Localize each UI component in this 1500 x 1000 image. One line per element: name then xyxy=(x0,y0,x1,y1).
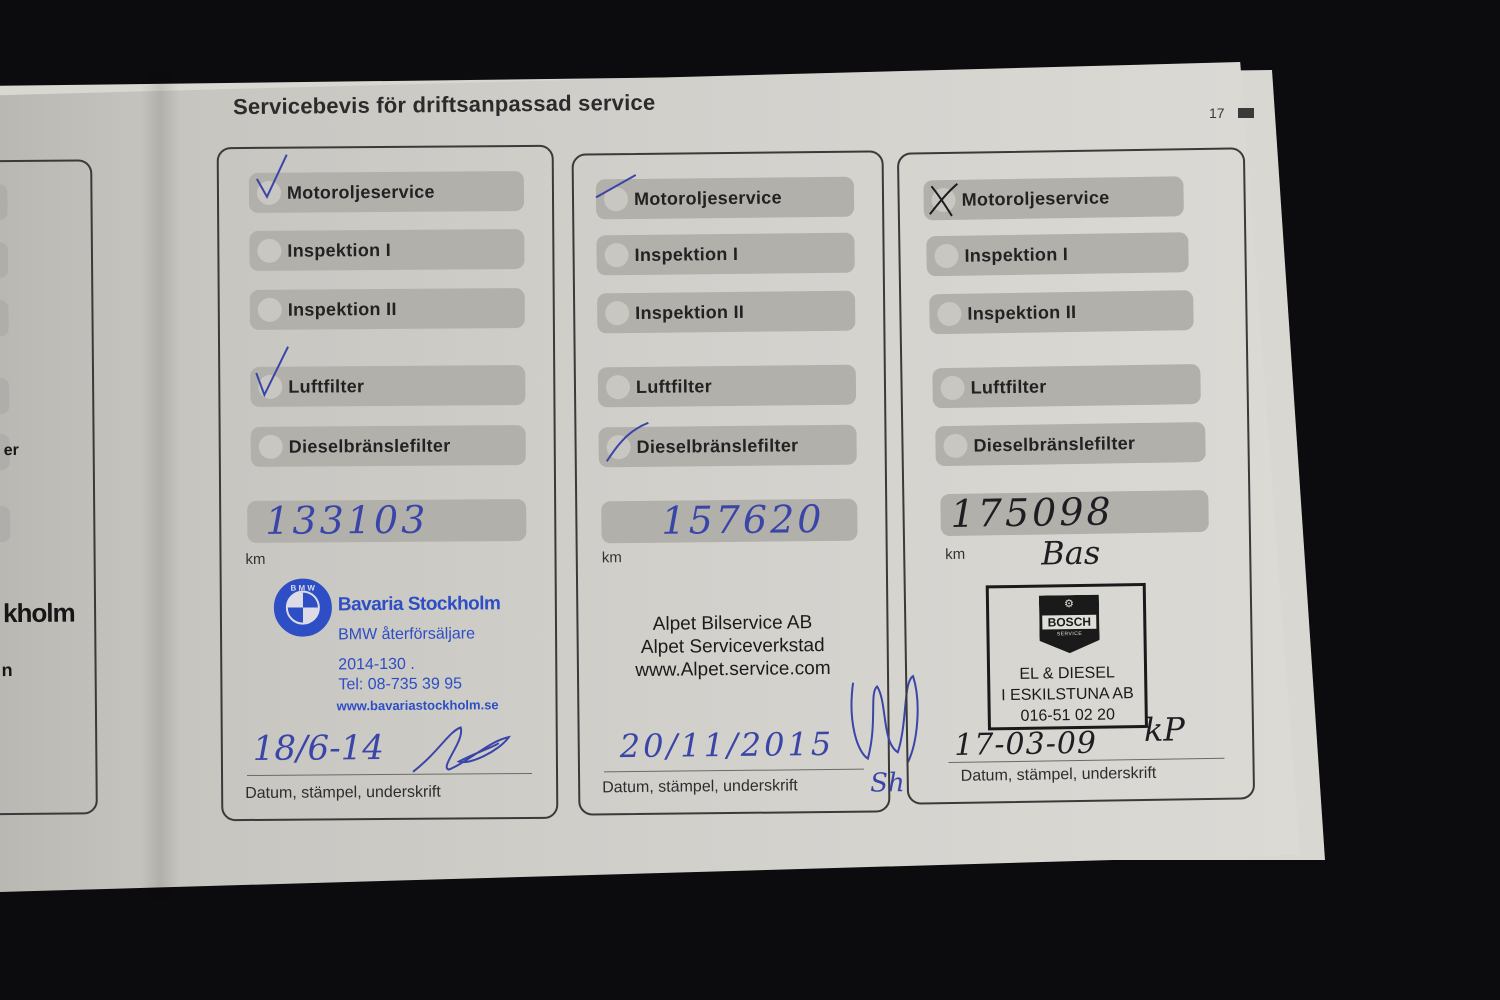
left-page-card: er kholm n xyxy=(0,159,98,815)
left-service-row xyxy=(0,300,9,337)
stamp-line-2: Alpet Serviceverkstad xyxy=(579,633,887,659)
service-date: 18/6-14 xyxy=(253,728,384,769)
handwritten-note: Bas xyxy=(1041,534,1101,573)
stamp-website: www.bavariastockholm.se xyxy=(337,697,499,713)
mileage-value: 157620 xyxy=(661,497,825,543)
checkmark-icon xyxy=(253,153,293,201)
stamp-line-2: I ESKILSTUNA AB xyxy=(990,683,1144,706)
bmw-logo-icon: B M W xyxy=(274,578,332,636)
service-row-luftfilter[interactable]: Luftfilter xyxy=(598,365,856,408)
left-service-row xyxy=(0,378,9,415)
checkbox-circle[interactable] xyxy=(604,243,628,267)
left-service-row: er xyxy=(0,434,10,471)
checkbox-circle[interactable] xyxy=(605,301,629,325)
signature-label: Datum, stämpel, underskrift xyxy=(245,784,441,803)
service-row-inspektion-2[interactable]: Inspektion II xyxy=(597,291,855,334)
mileage-value: 175098 xyxy=(950,489,1114,536)
service-row-inspektion-1[interactable]: Inspektion I xyxy=(596,233,854,276)
mileage-unit: km xyxy=(245,551,265,568)
service-card-1: Motoroljeservice Inspektion I Inspektion… xyxy=(217,145,559,821)
service-row-inspektion-1[interactable]: Inspektion I xyxy=(249,229,524,271)
service-card-3: Motoroljeservice Inspektion I Inspektion… xyxy=(897,147,1255,804)
initials: kP xyxy=(1144,710,1186,749)
service-row-dieselbranslefilter[interactable]: Dieselbränslefilter xyxy=(935,422,1206,466)
cross-mark-icon xyxy=(925,182,962,219)
checkbox-circle[interactable] xyxy=(937,302,961,326)
stamp-line-1: EL & DIESEL xyxy=(990,662,1144,685)
checkbox-circle[interactable] xyxy=(606,375,630,399)
left-stamp-fragment: kholm xyxy=(3,598,75,630)
service-row-dieselbranslefilter[interactable]: Dieselbränslefilter xyxy=(251,425,526,467)
checkbox-circle[interactable] xyxy=(940,376,964,400)
checkbox-circle[interactable] xyxy=(258,298,282,322)
service-row-inspektion-1[interactable]: Inspektion I xyxy=(926,232,1189,276)
mileage-field[interactable]: 133103 xyxy=(247,499,526,543)
left-service-row xyxy=(0,184,8,221)
stamp-line-1: Alpet Bilservice AB xyxy=(578,610,886,636)
checkbox-circle[interactable] xyxy=(943,434,967,458)
stamp-bosch: ⚙ BOSCH SERVICE EL & DIESEL I ESKILSTUNA… xyxy=(986,583,1148,730)
mileage-unit: km xyxy=(602,549,622,566)
left-service-row xyxy=(0,506,10,543)
checkbox-circle[interactable] xyxy=(934,244,958,268)
signature-label: Datum, stämpel, underskrift xyxy=(961,765,1157,786)
checkmark-icon xyxy=(594,171,640,201)
book-gutter xyxy=(140,70,180,900)
mileage-field[interactable]: 175098 xyxy=(940,490,1209,536)
bosch-logo-icon: ⚙ BOSCH SERVICE xyxy=(1039,595,1100,654)
checkbox-circle[interactable] xyxy=(257,239,281,263)
signature-label: Datum, stämpel, underskrift xyxy=(602,777,798,797)
left-service-row xyxy=(0,242,8,279)
service-date: 17-03-09 xyxy=(954,726,1097,763)
initials: Sh xyxy=(870,768,905,798)
checkmark-icon xyxy=(604,419,650,465)
checkmark-icon xyxy=(252,343,292,401)
page-number: 17 xyxy=(1209,105,1225,121)
stamp-alpet: Alpet Bilservice AB Alpet Serviceverksta… xyxy=(578,610,887,682)
page-tab-marker xyxy=(1238,108,1254,118)
stamp-line-1: BMW återförsäljare xyxy=(338,625,475,644)
stamp-line-2: 2014-130 . xyxy=(338,656,415,675)
stamp-dealer-name: Bavaria Stockholm xyxy=(338,593,501,616)
service-date: 20/11/2015 xyxy=(620,725,835,765)
mileage-field[interactable]: 157620 xyxy=(601,499,857,544)
stamp-phone: Tel: 08-735 39 95 xyxy=(338,675,462,694)
mileage-value: 133103 xyxy=(265,498,428,543)
service-row-motoroljeservice[interactable]: Motoroljeservice xyxy=(923,176,1184,220)
page-title: Servicebevis för driftsanpassad service xyxy=(233,90,656,120)
service-row-luftfilter[interactable]: Luftfilter xyxy=(932,364,1201,408)
checkbox-circle[interactable] xyxy=(259,435,283,459)
mileage-unit: km xyxy=(945,546,965,563)
service-card-2: Motoroljeservice Inspektion I Inspektion… xyxy=(572,150,891,815)
service-row-inspektion-2[interactable]: Inspektion II xyxy=(929,290,1194,334)
service-row-inspektion-2[interactable]: Inspektion II xyxy=(250,288,525,330)
signature-line xyxy=(604,769,864,773)
left-stamp-fragment-2: n xyxy=(2,660,13,681)
stamp-phone: 016-51 02 20 xyxy=(991,704,1145,727)
stamp-website: www.Alpet.service.com xyxy=(579,656,887,682)
